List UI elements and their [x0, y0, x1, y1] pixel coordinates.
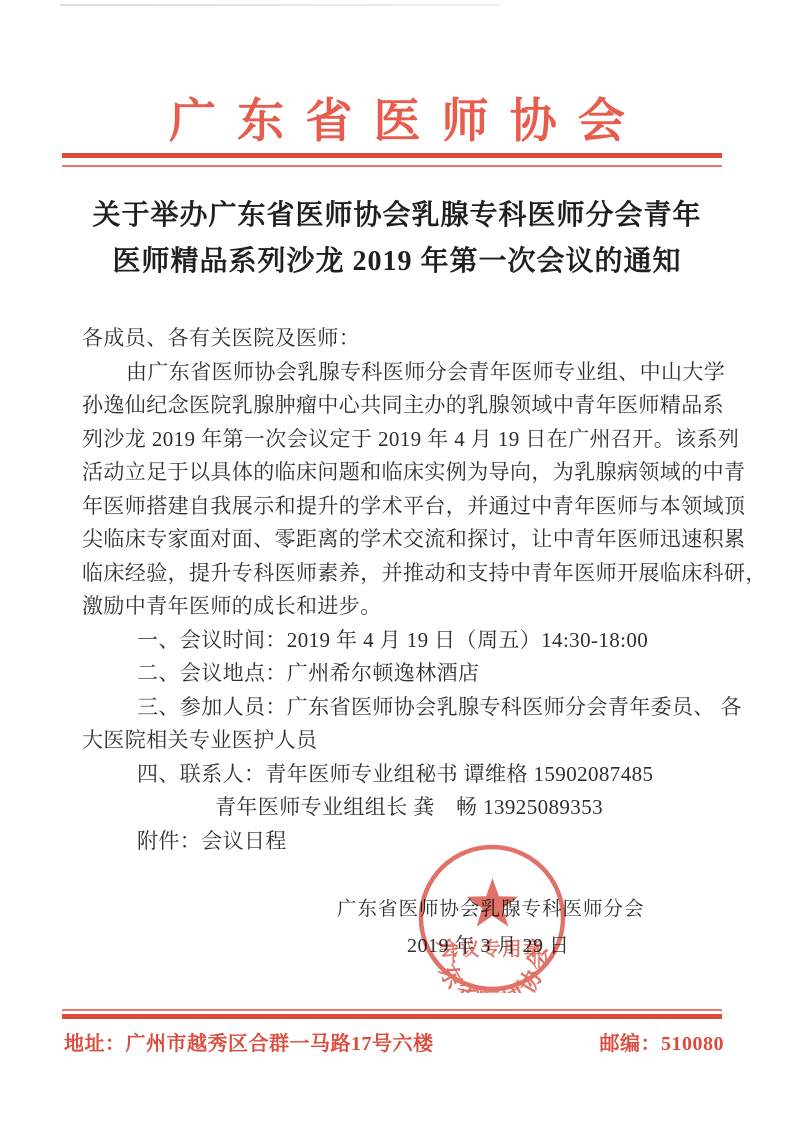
notice-title-line2: 医师精品系列沙龙 2019 年第一次会议的通知 — [0, 239, 794, 285]
footer-postcode: 邮编：510080 — [600, 1027, 725, 1056]
body-line-attachment: 附件：会议日程 — [82, 825, 726, 859]
body-line: 孙逸仙纪念医院乳腺肿瘤中心共同主办的乳腺领域中青年医师精品系 — [82, 389, 726, 423]
body-line-meeting-time: 一、会议时间：2019 年 4 月 19 日（周五）14:30-18:00 — [82, 624, 726, 658]
body-line: 列沙龙 2019 年第一次会议定于 2019 年 4 月 19 日在广州召开。该… — [82, 423, 726, 457]
body-line-salutation: 各成员、各有关医院及医师： — [82, 322, 726, 356]
body-line: 由广东省医师协会乳腺专科医师分会青年医师专业组、中山大学 — [82, 356, 726, 390]
signature-date: 2019 年 3 月 29 日 — [407, 929, 570, 958]
body-line-meeting-place: 二、会议地点：广州希尔顿逸林酒店 — [82, 657, 726, 691]
body-line: 激励中青年医师的成长和进步。 — [82, 590, 726, 624]
letterhead-org-name: 广东省医师协会 — [0, 84, 794, 151]
body-line: 临床经验，提升专科医师素养，并推动和支持中青年医师开展临床科研， — [82, 557, 726, 591]
signature-org: 广东省医师协会乳腺专科医师分会 — [337, 893, 645, 921]
body-line: 尖临床专家面对面、零距离的学术交流和探讨，让中青年医师迅速积累 — [82, 523, 726, 557]
body-line: 年医师搭建自我展示和提升的学术平台，并通过中青年医师与本领域顶 — [82, 490, 726, 524]
notice-title-line1: 关于举办广东省医师协会乳腺专科医师分会青年 — [0, 193, 794, 239]
footer-rule-thick — [62, 1014, 722, 1019]
footer-address: 地址：广州市越秀区合群一马路17号六楼 — [64, 1027, 434, 1056]
notice-document: 广东省医师协会 关于举办广东省医师协会乳腺专科医师分会青年 医师精品系列沙龙 2… — [0, 0, 794, 1123]
notice-body: 各成员、各有关医院及医师： 由广东省医师协会乳腺专科医师分会青年医师专业组、中山… — [82, 322, 726, 858]
letterhead-rule-thin — [62, 165, 722, 167]
body-line-participants: 三、参加人员：广东省医师协会乳腺专科医师分会青年委员、 各 — [82, 691, 726, 725]
scan-artifact-line — [60, 4, 500, 6]
body-line-contact-1: 四、联系人：青年医师专业组秘书 谭维格 15902087485 — [82, 758, 726, 792]
footer: 地址：广州市越秀区合群一马路17号六楼 邮编：510080 — [64, 1027, 724, 1056]
footer-rule-thin — [62, 1009, 722, 1011]
body-line: 活动立足于以具体的临床问题和临床实例为导向，为乳腺病领域的中青 — [82, 456, 726, 490]
body-line-contact-2: 青年医师专业组组长 龚 畅 13925089353 — [82, 791, 726, 825]
body-line: 大医院相关专业医护人员 — [82, 724, 726, 758]
letterhead-rule-thick — [62, 153, 722, 158]
notice-title: 关于举办广东省医师协会乳腺专科医师分会青年 医师精品系列沙龙 2019 年第一次… — [0, 193, 794, 285]
